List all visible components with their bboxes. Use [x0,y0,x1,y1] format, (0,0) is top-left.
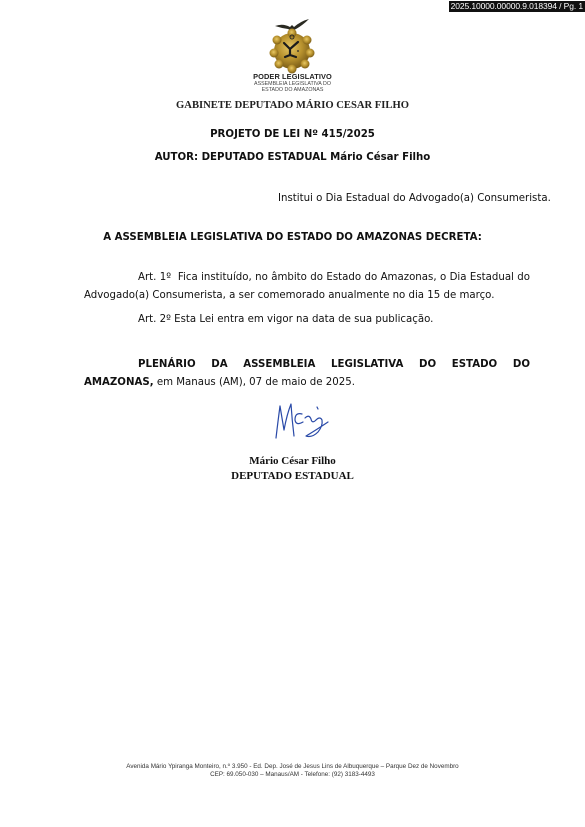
footer-address: Avenida Mário Ypiranga Monteiro, n.º 3.9… [0,763,585,771]
legislative-logo: PODER LEGISLATIVO ASSEMBLEIA LEGISLATIVA… [240,18,345,93]
article-1: Art. 1º Fica instituído, no âmbito do Es… [84,269,530,304]
logo-title: PODER LEGISLATIVO [240,72,345,81]
signer-name: Mário César Filho [0,455,585,467]
logo-subtitle-line2: ESTADO DO AMAZONAS [240,87,345,93]
document-protocol-stamp: 2025.10000.00000.9.018394 / Pg. 1 [449,1,585,12]
article-2: Art. 2º Esta Lei entra em vigor na data … [84,311,530,329]
enacting-clause: A ASSEMBLEIA LEGISLATIVA DO ESTADO DO AM… [0,232,585,243]
bill-summary: Institui o Dia Estadual do Advogado(a) C… [278,193,551,204]
bill-title: PROJETO DE LEI Nº 415/2025 [0,129,585,140]
cabinet-heading: GABINETE DEPUTADO MÁRIO CESAR FILHO [0,100,585,111]
handwritten-signature-icon [268,396,338,446]
coat-of-arms-seal-icon [263,18,321,74]
closing-place-date: em Manaus (AM), 07 de maio de 2025. [154,377,355,388]
bill-author: AUTOR: DEPUTADO ESTADUAL Mário César Fil… [0,152,585,163]
article-2-label: Art. 2º [138,314,171,325]
closing-paragraph: PLENÁRIO DA ASSEMBLEIA LEGISLATIVA DO ES… [84,356,530,391]
article-2-text: Esta Lei entra em vigor na data de sua p… [174,314,433,325]
article-1-label: Art. 1º [138,272,171,283]
signer-role: DEPUTADO ESTADUAL [0,470,585,482]
footer-contact: CEP: 69.050-030 – Manaus/AM - Telefone: … [0,771,585,779]
